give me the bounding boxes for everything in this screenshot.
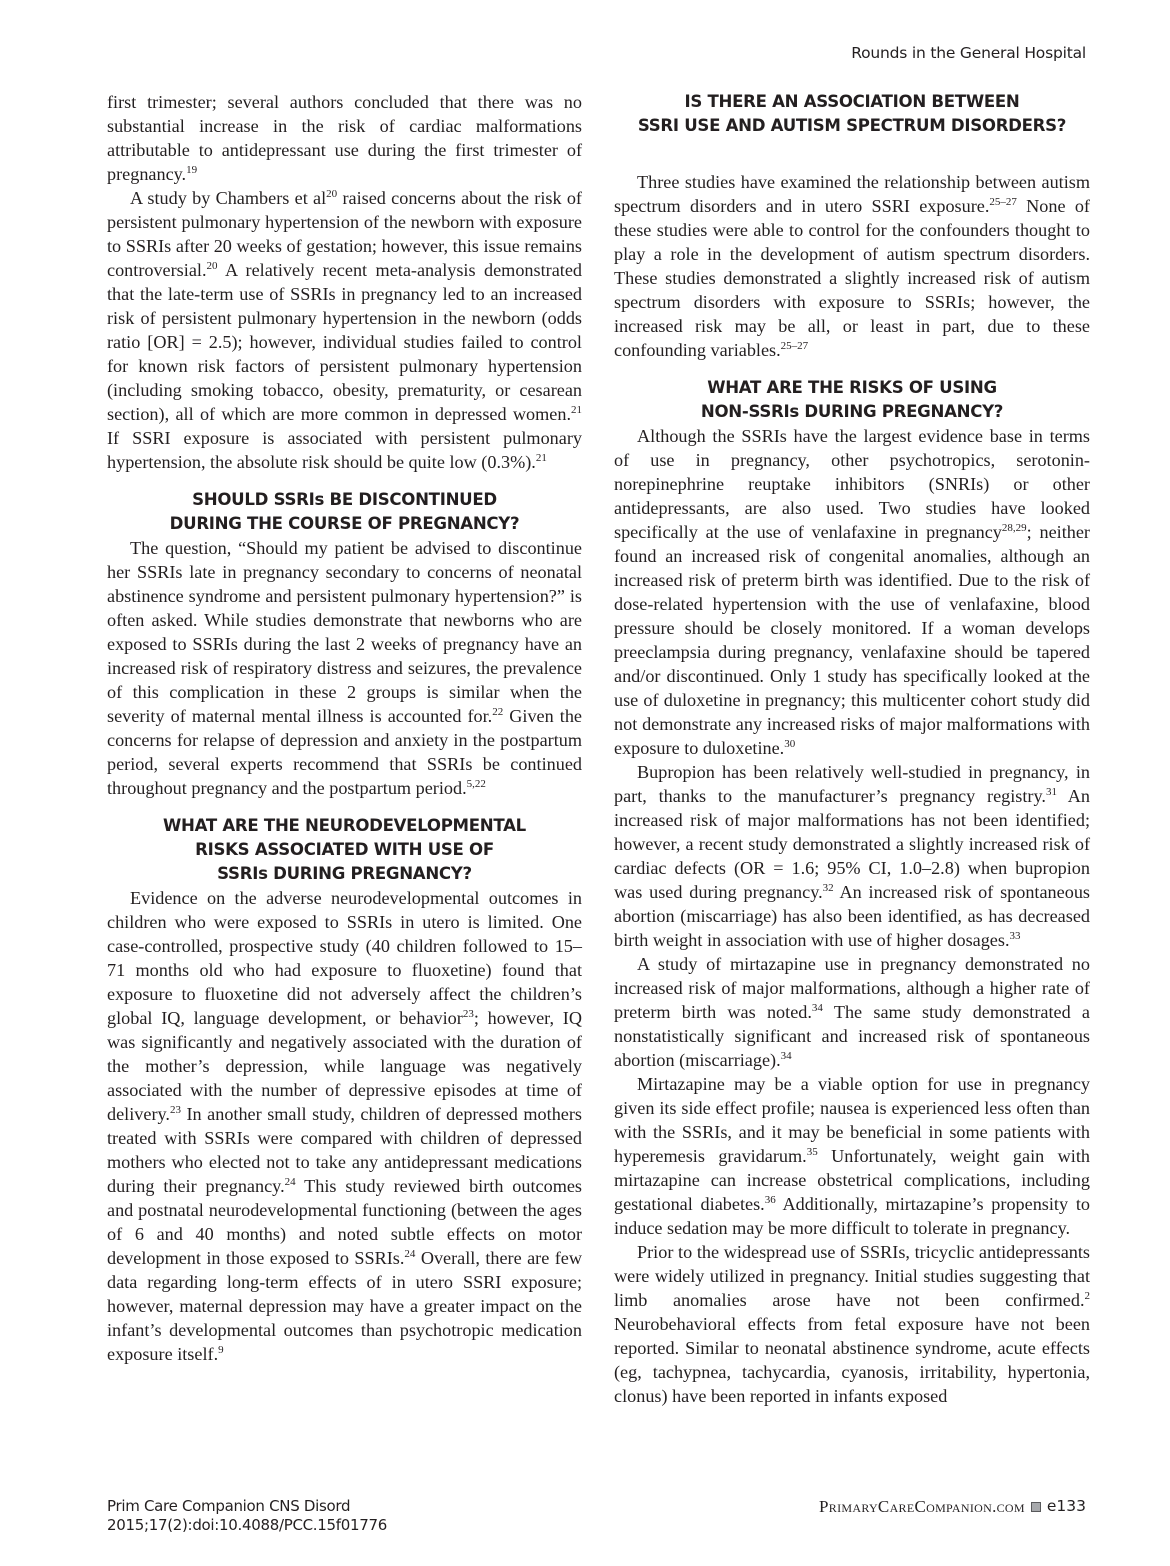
paragraph-text: Neurobehavioral effects from fetal expos… <box>614 1314 1090 1406</box>
paragraph: The question, “Should my patient be advi… <box>107 536 582 800</box>
paragraph: Prior to the widespread use of SSRIs, tr… <box>614 1240 1090 1408</box>
citation-ref: 28,29 <box>1002 522 1027 534</box>
doi-citation: 2015;17(2):doi:10.4088/PCC.15f01776 <box>107 1516 387 1535</box>
website-link[interactable]: PrimaryCareCompanion.com <box>819 1497 1025 1516</box>
heading-line: DURING THE COURSE OF PREGNANCY? <box>170 514 520 533</box>
heading-line: WHAT ARE THE NEURODEVELOPMENTAL <box>163 816 526 835</box>
journal-name: Prim Care Companion CNS Disord <box>107 1497 387 1516</box>
citation-ref: 23 <box>463 1008 474 1020</box>
paragraph-text: None of these studies were able to contr… <box>614 196 1090 360</box>
right-column: IS THERE AN ASSOCIATION BETWEEN SSRI USE… <box>614 90 1090 1408</box>
paragraph: first trimester; several authors conclud… <box>107 90 582 186</box>
citation-ref: 19 <box>186 164 197 176</box>
paragraph: Three studies have examined the relation… <box>614 170 1090 362</box>
paragraph: Mirtazapine may be a viable option for u… <box>614 1072 1090 1240</box>
citation-ref: 2 <box>1085 1290 1091 1302</box>
citation-ref: 21 <box>571 404 582 416</box>
heading-line: WHAT ARE THE RISKS OF USING <box>707 378 997 397</box>
citation-ref: 21 <box>536 452 547 464</box>
paragraph-text: Evidence on the adverse neurodevelopment… <box>107 888 582 1028</box>
heading-line: IS THERE AN ASSOCIATION BETWEEN <box>685 92 1020 111</box>
running-head: Rounds in the General Hospital <box>851 44 1086 62</box>
paragraph: Although the SSRIs have the largest evid… <box>614 424 1090 760</box>
citation-ref: 36 <box>765 1194 776 1206</box>
heading-line: SHOULD SSRIs BE DISCONTINUED <box>192 490 497 509</box>
footer-site: PrimaryCareCompanion.com e133 <box>819 1497 1086 1516</box>
citation-ref: 24 <box>404 1248 415 1260</box>
footer-citation: Prim Care Companion CNS Disord 2015;17(2… <box>107 1497 387 1535</box>
citation-ref: 33 <box>1010 930 1021 942</box>
heading-line: SSRI USE AND AUTISM SPECTRUM DISORDERS? <box>638 116 1066 135</box>
page-number: e133 <box>1047 1497 1086 1516</box>
square-bullet-icon <box>1031 1502 1041 1512</box>
citation-ref: 25–27 <box>781 340 809 352</box>
citation-ref: 30 <box>784 738 795 750</box>
citation-ref: 34 <box>812 1002 823 1014</box>
citation-ref: 25–27 <box>989 196 1017 208</box>
section-heading: SHOULD SSRIs BE DISCONTINUED DURING THE … <box>107 488 582 536</box>
paragraph: A study of mirtazapine use in pregnancy … <box>614 952 1090 1072</box>
citation-ref: 23 <box>170 1104 181 1116</box>
heading-line: SSRIs DURING PREGNANCY? <box>217 864 472 883</box>
section-heading: WHAT ARE THE NEURODEVELOPMENTAL RISKS AS… <box>107 814 582 886</box>
paragraph-text: Prior to the widespread use of SSRIs, tr… <box>614 1242 1090 1310</box>
section-heading: IS THERE AN ASSOCIATION BETWEEN SSRI USE… <box>614 90 1090 138</box>
heading-line: RISKS ASSOCIATED WITH USE OF <box>195 840 494 859</box>
heading-line: NON-SSRIs DURING PREGNANCY? <box>701 402 1003 421</box>
paragraph: Bupropion has been relatively well-studi… <box>614 760 1090 952</box>
paragraph-text: A relatively recent meta-analysis demons… <box>107 260 582 424</box>
citation-ref: 34 <box>781 1050 792 1062</box>
citation-ref: 35 <box>807 1146 818 1158</box>
citation-ref: 20 <box>326 188 337 200</box>
paragraph-text: A study by Chambers et al <box>130 188 326 208</box>
section-heading: WHAT ARE THE RISKS OF USING NON-SSRIs DU… <box>614 376 1090 424</box>
citation-ref: 9 <box>218 1344 224 1356</box>
citation-ref: 31 <box>1046 786 1057 798</box>
paragraph-text: The question, “Should my patient be advi… <box>107 538 582 726</box>
citation-ref: 22 <box>492 706 503 718</box>
paragraph-text: If SSRI exposure is associated with pers… <box>107 428 582 472</box>
citation-ref: 32 <box>823 882 834 894</box>
paragraph-text: ; neither found an increased risk of con… <box>614 522 1090 758</box>
paragraph-text: first trimester; several authors conclud… <box>107 92 582 184</box>
paragraph: A study by Chambers et al20 raised conce… <box>107 186 582 474</box>
citation-ref: 5,22 <box>467 778 486 790</box>
paragraph-text: Bupropion has been relatively well-studi… <box>614 762 1090 806</box>
left-column: first trimester; several authors conclud… <box>107 90 582 1366</box>
citation-ref: 20 <box>207 260 218 272</box>
paragraph: Evidence on the adverse neurodevelopment… <box>107 886 582 1366</box>
citation-ref: 24 <box>285 1176 296 1188</box>
